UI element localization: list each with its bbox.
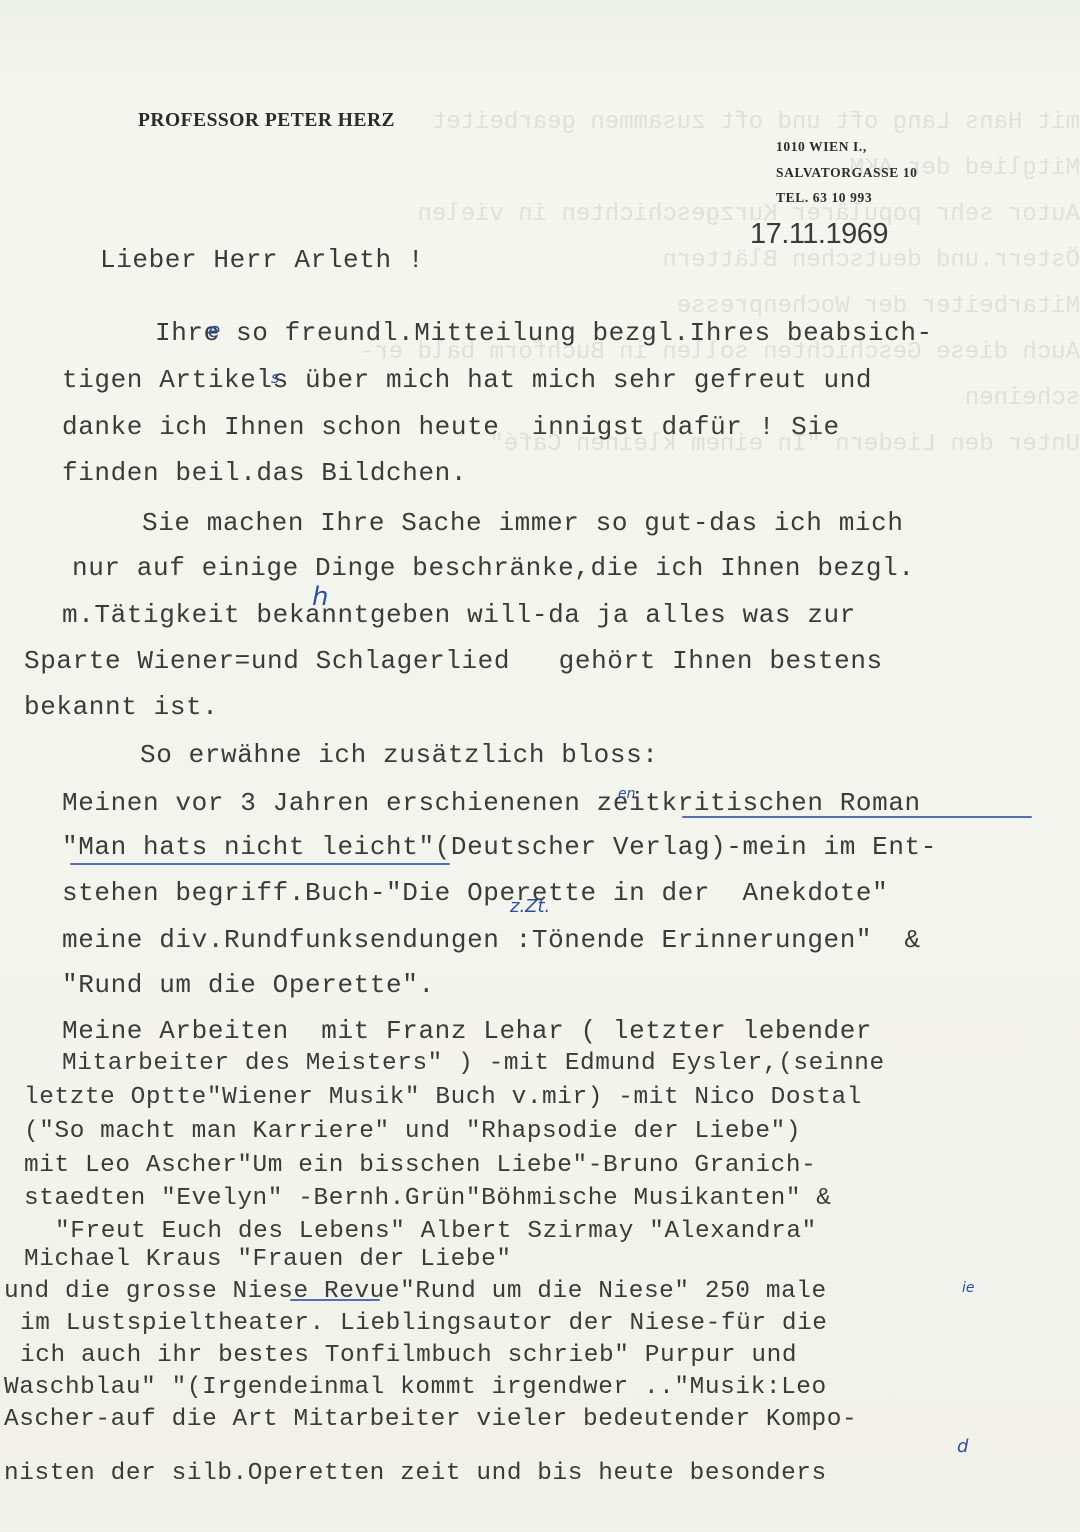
body-line: "Rund um die Operette". — [62, 970, 435, 1000]
body-line: Meinen vor 3 Jahren erschienenen zeitkri… — [62, 788, 921, 818]
body-line: finden beil.das Bildchen. — [62, 458, 467, 488]
body-line: staedten "Evelyn" -Bernh.Grün"Böhmische … — [24, 1185, 832, 1212]
letterhead-address: 1010 WIEN I., SALVATORGASSE 10 TEL. 63 1… — [776, 134, 918, 211]
letterhead-name: PROFESSOR PETER HERZ — [138, 110, 395, 132]
ink-correction-2: s — [271, 368, 279, 387]
body-line: tigen Artikels über mich hat mich sehr g… — [62, 365, 872, 395]
body-line: ("So macht man Karriere" und "Rhapsodie … — [24, 1118, 801, 1145]
body-line: "Man hats nicht leicht"(Deutscher Verlag… — [62, 832, 937, 862]
ink-correction-6: ie — [962, 1280, 975, 1296]
body-line: bekannt ist. — [24, 692, 218, 722]
ink-correction-3: h — [312, 582, 328, 612]
body-line: mit Leo Ascher"Um ein bisschen Liebe"-Br… — [24, 1152, 816, 1179]
ink-correction-7: d — [957, 1436, 968, 1457]
salutation: Lieber Herr Arleth ! — [100, 245, 424, 275]
ink-underline-niese — [290, 1299, 380, 1301]
address-line-street: SALVATORGASSE 10 — [776, 160, 918, 186]
body-line: letzte Optte"Wiener Musik" Buch v.mir) -… — [24, 1084, 862, 1111]
body-line: meine div.Rundfunksendungen :Tönende Eri… — [62, 925, 921, 955]
body-line: "Freut Euch des Lebens" Albert Szirmay "… — [55, 1218, 817, 1245]
body-line: m.Tätigkeit bekanntgeben will-da ja alle… — [62, 600, 856, 630]
address-line-city: 1010 WIEN I., — [776, 134, 918, 160]
body-line: Ascher-auf die Art Mitarbeiter vieler be… — [4, 1406, 857, 1433]
body-line: Meine Arbeiten mit Franz Lehar ( letzter… — [62, 1016, 872, 1046]
body-line: stehen begriff.Buch-"Die Operette in der… — [62, 878, 888, 908]
ink-correction-4: en — [618, 786, 636, 802]
address-line-phone: TEL. 63 10 993 — [776, 185, 918, 211]
body-line: So erwähne ich zusätzlich bloss: — [140, 740, 658, 770]
body-line: Waschblau" "(Irgendeinmal kommt irgendwe… — [4, 1374, 827, 1401]
body-line: nisten der silb.Operetten zeit und bis h… — [4, 1460, 827, 1487]
body-line: Mitarbeiter des Meisters" ) -mit Edmund … — [62, 1050, 885, 1077]
ink-correction-5: z.Zt. — [510, 896, 550, 917]
body-line: Ihre so freundl.Mitteilung bezgl.Ihres b… — [155, 318, 933, 348]
body-line: Sparte Wiener=und Schlagerlied gehört Ih… — [24, 646, 883, 676]
body-line: Sie machen Ihre Sache immer so gut-das i… — [142, 508, 904, 538]
body-line: ich auch ihr bestes Tonfilmbuch schrieb"… — [20, 1342, 797, 1369]
letter-date: 17.11.1969 — [750, 218, 888, 251]
body-line: Michael Kraus "Frauen der Liebe" — [24, 1246, 512, 1273]
body-line: im Lustspieltheater. Lieblingsautor der … — [20, 1310, 828, 1337]
body-line: nur auf einige Dinge beschränke,die ich … — [72, 553, 915, 583]
body-line: danke ich Ihnen schon heute innigst dafü… — [62, 412, 840, 442]
ink-correction-1: e — [208, 318, 220, 342]
ink-underline-roman — [682, 816, 1032, 818]
body-line: und die grosse Niese Revue"Rund um die N… — [4, 1278, 827, 1305]
ink-underline-title — [70, 863, 450, 865]
